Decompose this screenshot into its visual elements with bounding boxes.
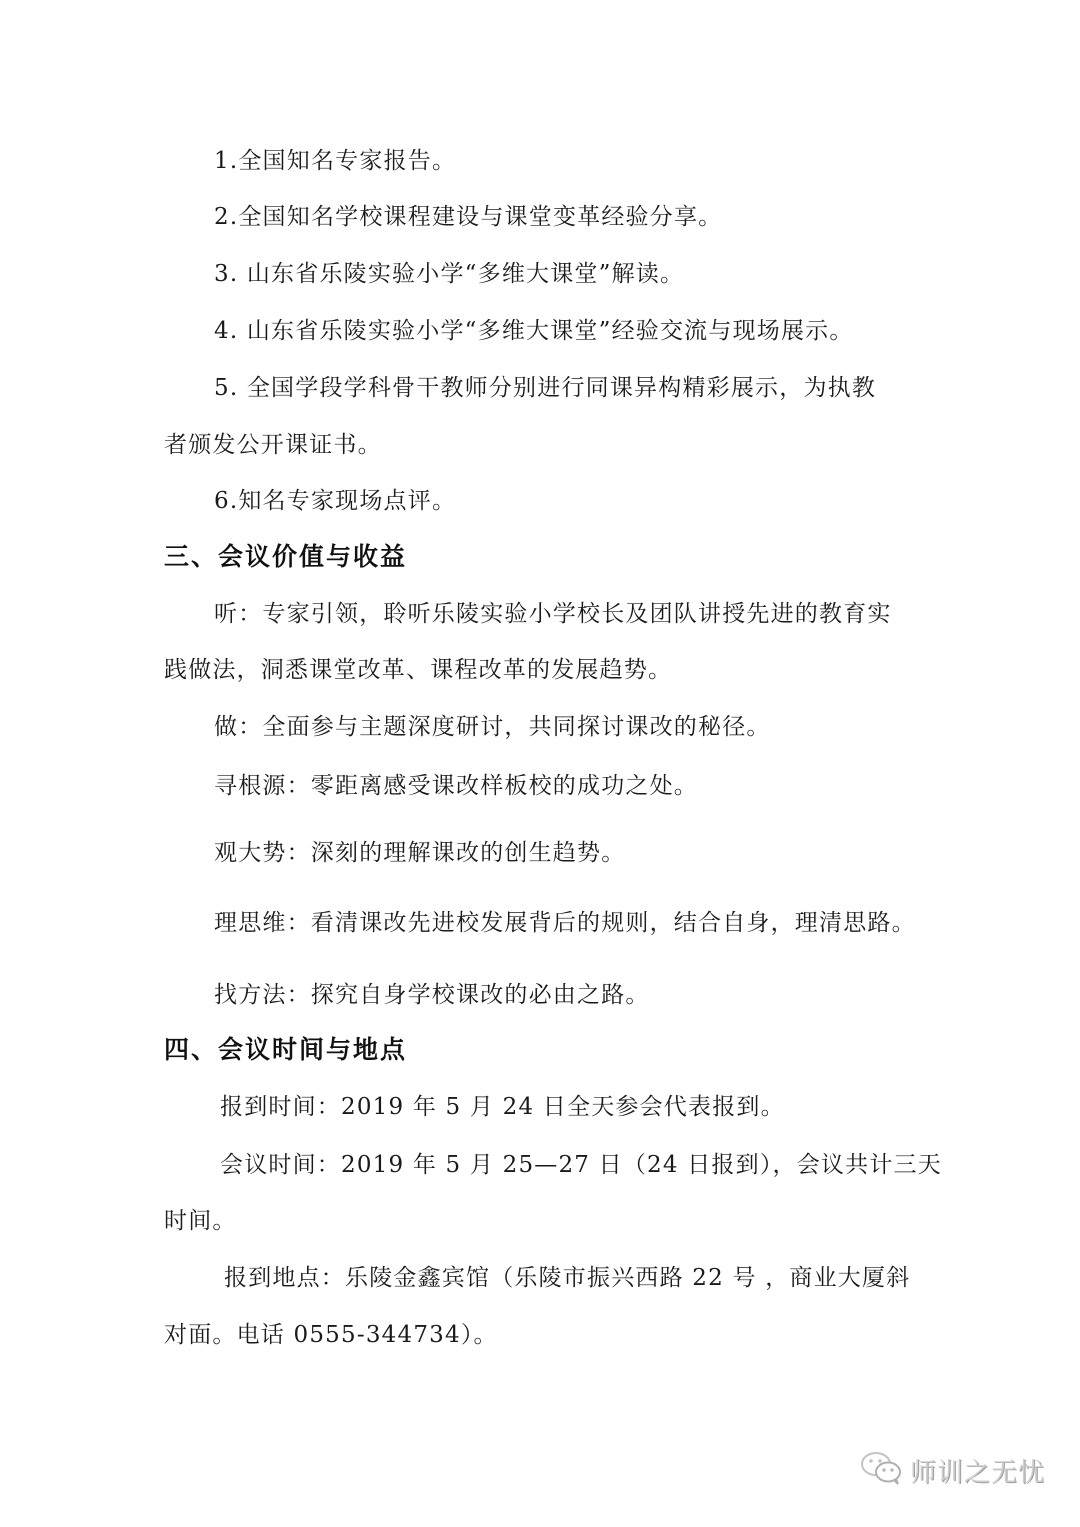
agenda-item-6: 6.知名专家现场点评。 [214,486,456,516]
value-trend: 观大势：深刻的理解课改的创生趋势。 [214,838,625,868]
agenda-item-1: 1.全国知名专家报告。 [214,146,456,176]
meeting-time: 会议时间：2019 年 5 月 25—27 日（24 日报到），会议共计三天 [220,1150,942,1180]
section-heading-time-place: 四、会议时间与地点 [164,1034,407,1066]
registration-time: 报到时间：2019 年 5 月 24 日全天参会代表报到。 [220,1092,785,1122]
value-thinking: 理思维：看清课改先进校发展背后的规则，结合自身，理清思路。 [214,908,916,938]
section-heading-value: 三、会议价值与收益 [164,541,407,573]
value-method: 找方法：探究自身学校课改的必由之路。 [214,980,650,1010]
value-listen: 听：专家引领，聆听乐陵实验小学校长及团队讲授先进的教育实 [214,599,892,629]
meeting-time-cont: 时间。 [164,1206,237,1236]
registration-place: 报到地点：乐陵金鑫宾馆（乐陵市振兴西路 22 号 ，商业大厦斜 [224,1263,910,1293]
agenda-item-2: 2.全国知名学校课程建设与课堂变革经验分享。 [214,202,722,232]
value-do: 做：全面参与主题深度研讨，共同探讨课改的秘径。 [214,712,771,742]
value-root: 寻根源：零距离感受课改样板校的成功之处。 [214,771,698,801]
value-listen-cont: 践做法，洞悉课堂改革、课程改革的发展趋势。 [164,655,672,685]
wechat-icon [860,1450,904,1490]
watermark-text: 师训之无忧 [910,1452,1045,1489]
agenda-item-5: 5. 全国学段学科骨干教师分别进行同课异构精彩展示，为执教 [214,373,876,403]
agenda-item-3: 3. 山东省乐陵实验小学“多维大课堂”解读。 [214,259,684,289]
watermark: 师训之无忧 [860,1450,1045,1490]
agenda-item-4: 4. 山东省乐陵实验小学“多维大课堂”经验交流与现场展示。 [214,316,854,346]
registration-place-cont: 对面。电话 0555-344734）。 [164,1320,498,1350]
agenda-item-5-cont: 者颁发公开课证书。 [164,430,382,460]
